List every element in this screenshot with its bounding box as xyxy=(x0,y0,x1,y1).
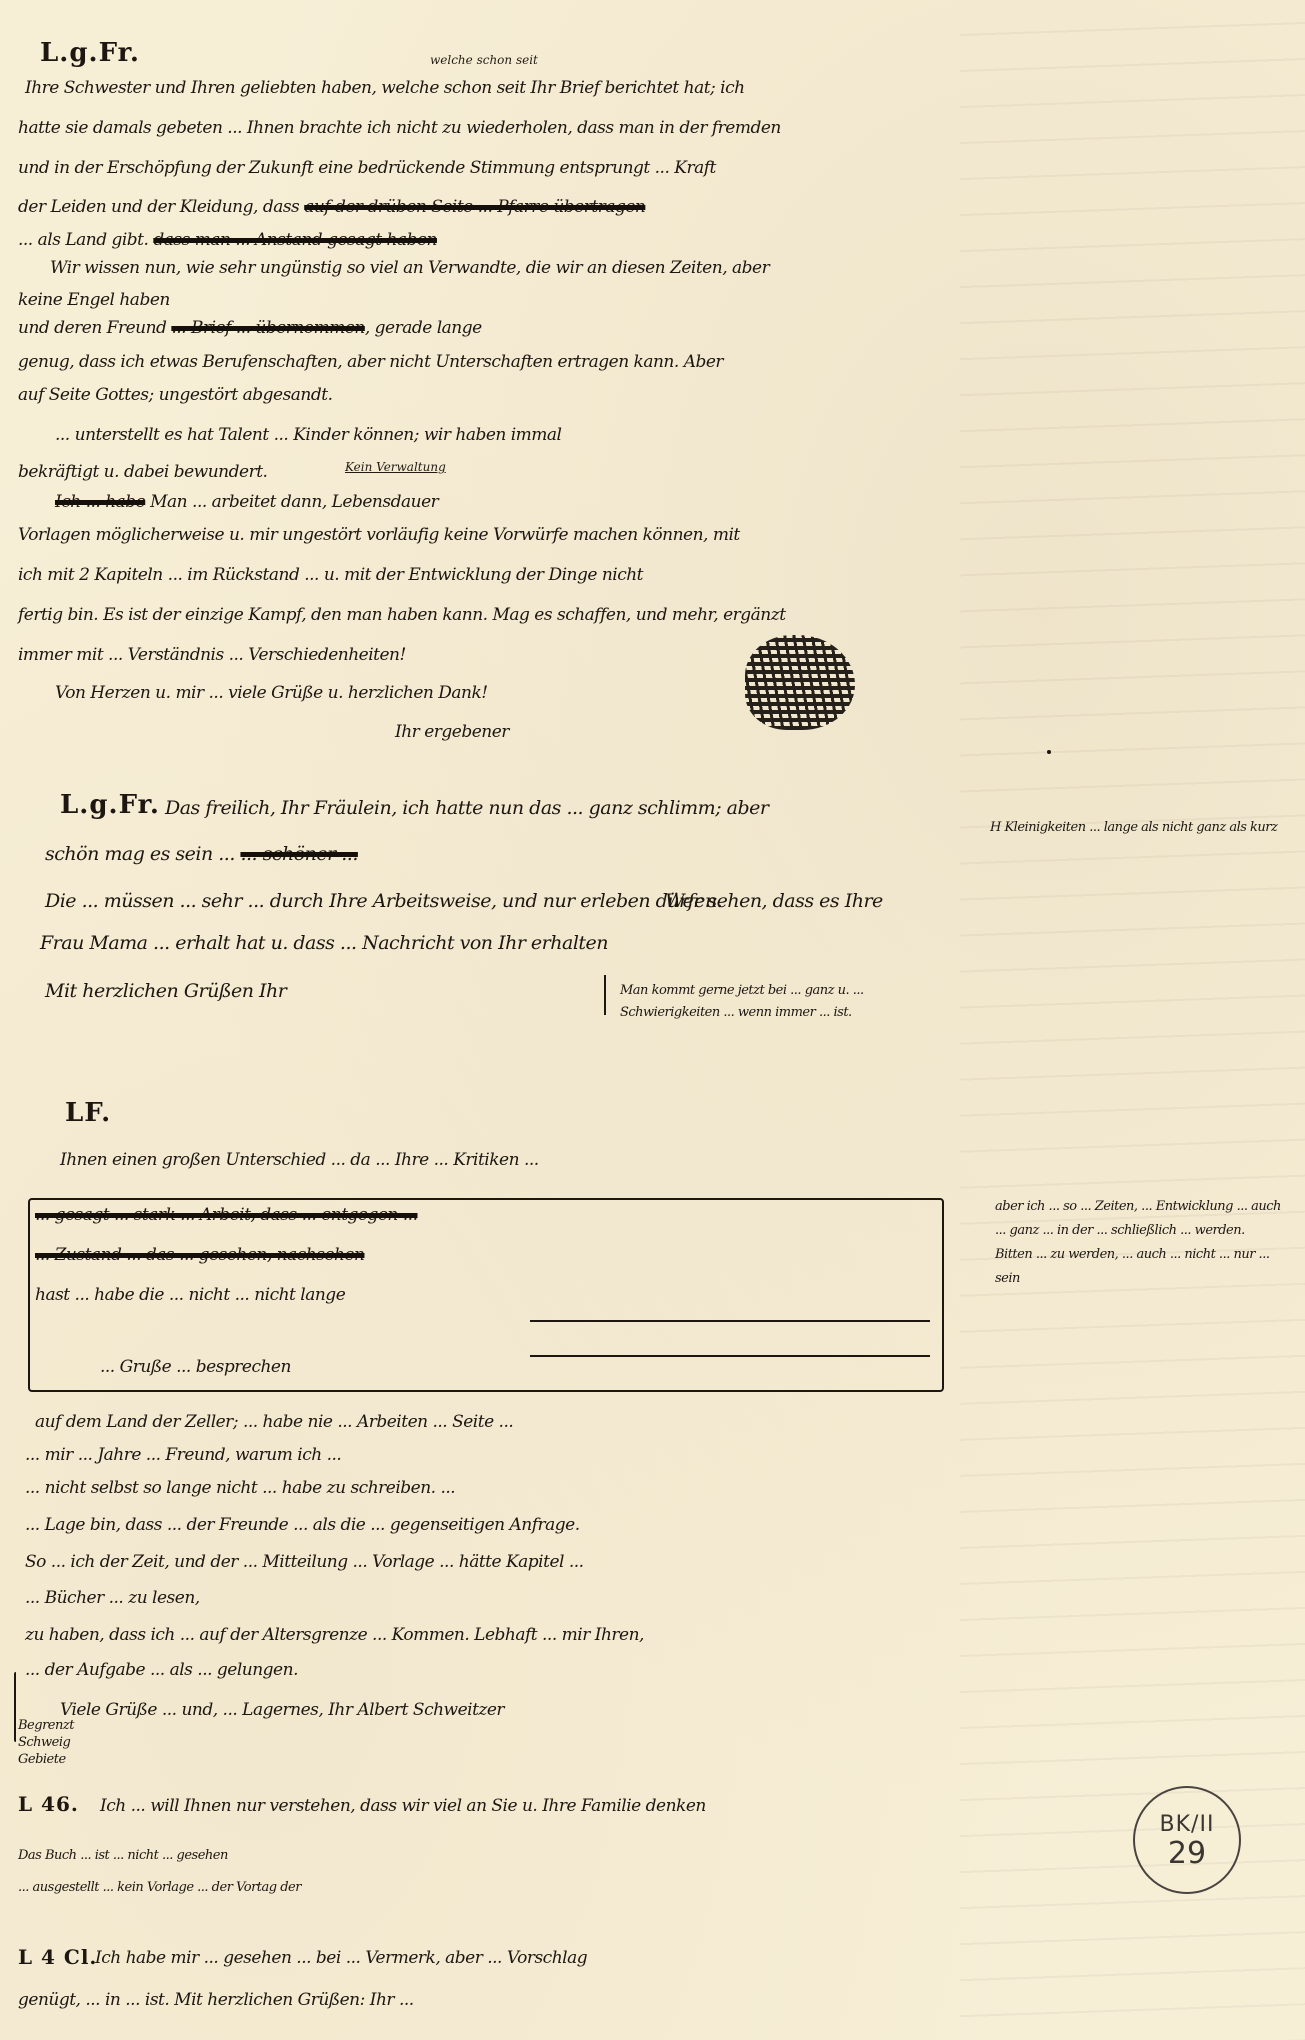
manuscript-line: ... mir ... Jahre ... Freund, warum ich … xyxy=(25,1445,341,1465)
manuscript-line: Von Herzen u. mir ... viele Grüße u. her… xyxy=(55,683,488,703)
manuscript-line: Ich habe mir ... gesehen ... bei ... Ver… xyxy=(95,1948,587,1968)
footnote: Man kommt gerne jetzt bei ... ganz u. ..… xyxy=(620,980,920,1024)
interlinear-insert: welche schon seit xyxy=(430,53,538,67)
stamp-collection: BK/II xyxy=(1160,1812,1215,1837)
strike-line xyxy=(530,1390,930,1392)
manuscript-line: und in der Erschöpfung der Zukunft eine … xyxy=(18,158,716,178)
section-heading: L 46. xyxy=(18,1792,79,1816)
manuscript-line: fertig bin. Es ist der einzige Kampf, de… xyxy=(18,605,786,625)
manuscript-line: ... ausgestellt ... kein Vorlage ... der… xyxy=(18,1880,301,1895)
manuscript-line: ... Lage bin, dass ... der Freunde ... a… xyxy=(25,1515,580,1535)
manuscript-line: Frau Mama ... erhalt hat u. dass ... Nac… xyxy=(40,932,608,954)
closing-line: Viele Grüße ... und, ... Lagernes, Ihr A… xyxy=(60,1700,504,1720)
margin-note: aber ich ... so ... Zeiten, ... Entwickl… xyxy=(995,1195,1285,1291)
manuscript-line: der Leiden und der Kleidung, dass auf de… xyxy=(18,197,645,217)
closing-line: Ihr ergebener xyxy=(395,722,509,742)
footnote-marker xyxy=(604,975,606,1015)
manuscript-line: So ... ich der Zeit, und der ... Mitteil… xyxy=(25,1552,584,1572)
manuscript-line: auf Seite Gottes; ungestört abgesandt. xyxy=(18,385,333,405)
left-list-item: Schweig xyxy=(18,1735,70,1750)
manuscript-page: L.g.Fr. welche schon seit Ihre Schwester… xyxy=(0,0,1305,2040)
margin-note: H Kleinigkeiten ... lange als nicht ganz… xyxy=(990,820,1280,835)
manuscript-line: Ich ... will Ihnen nur verstehen, dass w… xyxy=(100,1796,706,1816)
manuscript-line: ... der Aufgabe ... als ... gelungen. xyxy=(25,1660,298,1680)
manuscript-line: ... als Land gibt. dass man ... Anstand … xyxy=(18,230,437,250)
manuscript-line: ... nicht selbst so lange nicht ... habe… xyxy=(25,1478,455,1498)
left-list-item: Gebiete xyxy=(18,1752,66,1767)
strike-line xyxy=(530,1320,930,1322)
manuscript-line: ... unterstellt es hat Talent ... Kinder… xyxy=(55,425,562,445)
manuscript-line: Das Buch ... ist ... nicht ... gesehen xyxy=(18,1848,228,1863)
manuscript-line: auf dem Land der Zeller; ... habe nie ..… xyxy=(35,1412,513,1432)
section-heading: LF. xyxy=(65,1098,111,1128)
manuscript-line: Ihnen einen großen Unterschied ... da ..… xyxy=(60,1150,539,1170)
manuscript-line: genug, dass ich etwas Berufenschaften, a… xyxy=(18,352,723,372)
manuscript-line: Vorlagen möglicherweise u. mir ungestört… xyxy=(18,525,740,545)
interlinear-insert: Kein Verwaltung xyxy=(345,460,446,474)
insertion-bracket xyxy=(14,1672,16,1742)
manuscript-line: Wir wissen nun, wie sehr ungünstig so vi… xyxy=(50,258,769,278)
ink-blot xyxy=(745,635,855,730)
manuscript-line: zu haben, dass ich ... auf der Altersgre… xyxy=(25,1625,644,1645)
section-heading: L.g.Fr. xyxy=(60,790,160,820)
manuscript-line: Ich ... habe Man ... arbeitet dann, Lebe… xyxy=(55,492,438,512)
manuscript-line: ... gesagt ... stark ... Arbeit, dass ..… xyxy=(35,1205,418,1225)
manuscript-line: immer mit ... Verständnis ... Verschiede… xyxy=(18,645,406,665)
manuscript-line: und deren Freund ... Brief ... übernomme… xyxy=(18,318,482,338)
bleed-through-text xyxy=(960,0,1305,2040)
manuscript-line: ... Bücher ... zu lesen, xyxy=(25,1588,200,1608)
manuscript-line: ... Gruße ... besprechen xyxy=(100,1357,291,1377)
manuscript-line: ... Zustand ... das ... gesehen, nachseh… xyxy=(35,1245,364,1265)
manuscript-line: hast ... habe die ... nicht ... nicht la… xyxy=(35,1285,345,1305)
manuscript-line: Das freilich, Ihr Fräulein, ich hatte nu… xyxy=(165,797,768,819)
left-list-item: Begrenzt xyxy=(18,1718,74,1733)
manuscript-line: genügt, ... in ... ist. Mit herzlichen G… xyxy=(18,1990,414,2010)
manuscript-line: ich mit 2 Kapiteln ... im Rückstand ... … xyxy=(18,565,643,585)
manuscript-line: Ihre Schwester und Ihren geliebten haben… xyxy=(25,78,745,98)
manuscript-line: bekräftigt u. dabei bewundert. xyxy=(18,462,267,482)
manuscript-line: Mit herzlichen Grüßen Ihr xyxy=(45,980,286,1002)
manuscript-line: schön mag es sein ... ... schöner ... xyxy=(45,843,358,865)
manuscript-line: Die ... müssen ... sehr ... durch Ihre A… xyxy=(45,890,722,912)
section-heading: L 4 Cl. xyxy=(18,1945,97,1969)
strike-line xyxy=(530,1355,930,1357)
manuscript-line: Wer sehen, dass es Ihre xyxy=(665,890,883,912)
ink-dot xyxy=(1047,750,1051,754)
section-heading: L.g.Fr. xyxy=(40,38,140,68)
manuscript-line: hatte sie damals gebeten ... Ihnen brach… xyxy=(18,118,781,138)
archive-stamp: BK/II 29 xyxy=(1133,1786,1241,1894)
stamp-number: 29 xyxy=(1168,1839,1206,1869)
manuscript-line: keine Engel haben xyxy=(18,290,170,310)
